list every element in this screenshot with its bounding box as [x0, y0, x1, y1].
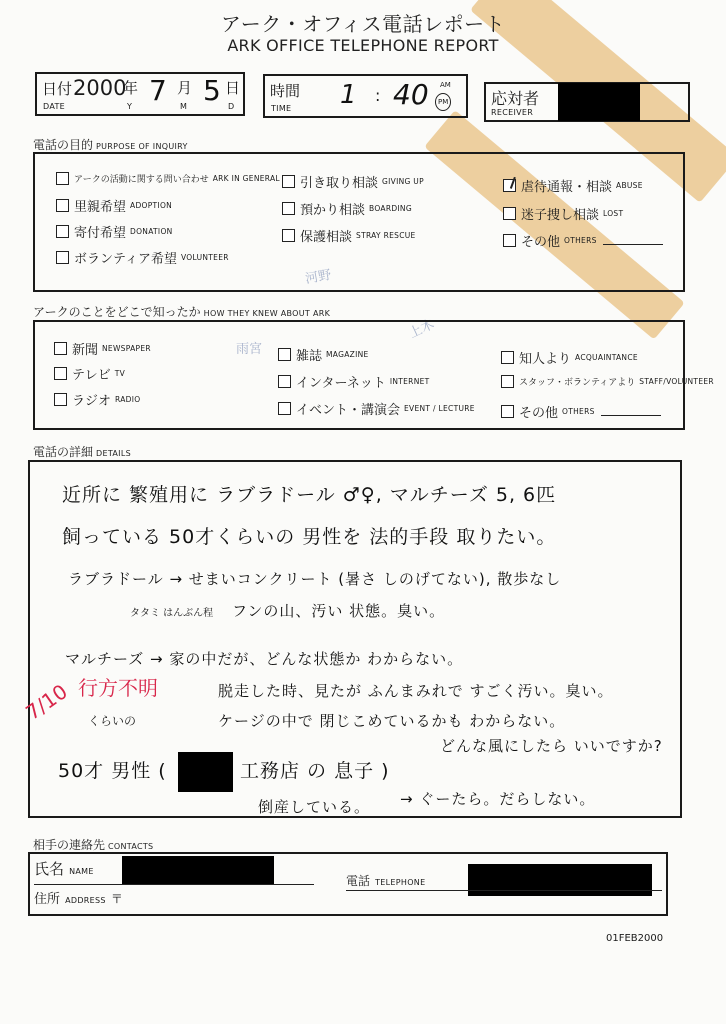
option-label-ja: スタッフ・ボランティアより [519, 375, 635, 388]
checkbox-icon[interactable] [56, 172, 69, 185]
day-suffix: 日 [225, 77, 240, 98]
address-label-en: ADDRESS [65, 896, 106, 905]
checkbox-icon[interactable] [282, 229, 295, 242]
option-label-en: ABUSE [616, 181, 643, 190]
source-option-acquaintance[interactable]: 知人より ACQUAINTANCE [501, 348, 638, 367]
day-label: D [228, 102, 234, 111]
name-underline [34, 884, 314, 885]
option-label-en: ARK IN GENERAL [213, 174, 280, 183]
option-label-en: EVENT / LECTURE [404, 404, 475, 413]
checkbox-icon[interactable] [54, 367, 67, 380]
option-label-ja: 知人より [519, 348, 571, 367]
details-line-4: フンの山、汚い 状態。臭い。 [232, 600, 445, 621]
report-title-en: ARK OFFICE TELEPHONE REPORT [0, 36, 726, 55]
purpose-heading-ja: 電話の目的 [33, 138, 93, 152]
option-label-en: OTHERS [562, 407, 595, 416]
option-label-en: NEWSPAPER [102, 344, 151, 353]
time-minute[interactable]: 40 [393, 78, 429, 111]
checkbox-icon[interactable] [56, 199, 69, 212]
form-code: 01FEB2000 [606, 933, 663, 944]
year-suffix: 年 [123, 77, 138, 98]
receiver-redacted [558, 83, 640, 121]
address-field[interactable]: 住所 ADDRESS 〒 [34, 888, 123, 907]
details-line-7: ケージの中で 閉じこめているかも わからない。 [218, 710, 565, 731]
month-label: M [180, 102, 187, 111]
source-option-tv[interactable]: テレビ TV [54, 364, 125, 383]
option-label-ja: アークの活動に関する問い合わせ [74, 172, 209, 185]
purpose-option-donation[interactable]: 寄付希望 DONATION [56, 222, 173, 241]
details-line-12: → ぐーたら。だらしない。 [400, 788, 595, 809]
telephone-field[interactable]: 電話 TELEPHONE [346, 870, 425, 889]
option-label-en: BOARDING [369, 204, 412, 213]
contacts-heading-en: CONTACTS [108, 842, 153, 851]
source-heading-en: HOW THEY KNEW ABOUT ARK [204, 309, 330, 318]
option-label-ja: 預かり相談 [300, 199, 365, 218]
option-label-en: ADOPTION [130, 201, 172, 210]
checkbox-icon[interactable] [278, 375, 291, 388]
contacts-heading: 相手の連絡先CONTACTS [33, 836, 153, 853]
time-label-en: TIME [271, 104, 291, 113]
source-option-magazine[interactable]: 雑誌 MAGAZINE [278, 345, 369, 364]
option-label-ja: イベント・講演会 [296, 399, 400, 418]
option-label-ja: ラジオ [72, 390, 111, 409]
option-label-ja: ボランティア希望 [74, 248, 177, 267]
option-label-ja: 雑誌 [296, 345, 322, 364]
option-label-en: MAGAZINE [326, 350, 369, 359]
date-box: 日付 DATE 2000 年 Y 7 月 M 5 日 D [35, 72, 245, 116]
option-label-en: VOLUNTEER [181, 253, 229, 262]
time-box: 時間 TIME 1 : 40 AM PM [263, 74, 468, 118]
purpose-option-stray-rescue[interactable]: 保護相談 STRAY RESCUE [282, 226, 416, 245]
receiver-label-ja: 応対者 [491, 86, 539, 109]
details-line-10: 工務店 の 息子 ) [240, 756, 390, 783]
option-label-en: STAFF/VOLUNTEER [639, 377, 714, 386]
date-label-ja: 日付 [42, 78, 72, 99]
date-label-en: DATE [43, 102, 65, 111]
option-label-ja: その他 [521, 231, 560, 250]
source-option-newspaper[interactable]: 新聞 NEWSPAPER [54, 339, 151, 358]
time-separator: : [375, 86, 380, 105]
checkbox-icon[interactable] [278, 348, 291, 361]
purpose-option-others[interactable]: その他 OTHERS [503, 231, 663, 250]
details-heading: 電話の詳細DETAILS [33, 443, 131, 460]
am-label[interactable]: AM [440, 81, 451, 89]
checkbox-icon[interactable] [54, 393, 67, 406]
option-label-ja: 寄付希望 [74, 222, 126, 241]
option-label-en: INTERNET [390, 377, 430, 386]
checkbox-icon[interactable] [56, 251, 69, 264]
source-option-staff[interactable]: スタッフ・ボランティアより STAFF/VOLUNTEER [501, 375, 714, 388]
checkbox-icon[interactable] [56, 225, 69, 238]
details-heading-ja: 電話の詳細 [33, 445, 93, 459]
red-annotation-missing: 行方不明 [78, 672, 158, 701]
checkbox-icon[interactable] [282, 175, 295, 188]
checkbox-icon[interactable] [282, 202, 295, 215]
option-label-ja: 引き取り相談 [300, 172, 378, 191]
option-label-ja: 虐待通報・相談 [521, 176, 612, 195]
name-label-ja: 氏名 [34, 860, 64, 878]
checkbox-icon[interactable] [503, 207, 516, 220]
details-line-1: 近所に 繁殖用に ラブラドール ♂♀, マルチーズ 5, 6匹 [62, 480, 556, 507]
details-heading-en: DETAILS [96, 449, 131, 458]
source-option-internet[interactable]: インターネット INTERNET [278, 372, 430, 391]
purpose-option-general[interactable]: アークの活動に関する問い合わせ ARK IN GENERAL [56, 172, 280, 185]
option-label-en: LOST [603, 209, 623, 218]
details-line-9: 50才 男性 ( [58, 756, 167, 783]
time-label-ja: 時間 [270, 80, 300, 101]
receiver-label-en: RECEIVER [491, 108, 533, 117]
purpose-option-adoption[interactable]: 里親希望 ADOPTION [56, 196, 172, 215]
option-label-en: STRAY RESCUE [356, 231, 416, 240]
purpose-heading-en: PURPOSE OF INQUIRY [96, 142, 188, 151]
others-input-line[interactable] [601, 407, 661, 416]
details-redacted [178, 752, 233, 792]
option-label-ja: 新聞 [72, 339, 98, 358]
phone-label-en: TELEPHONE [375, 878, 425, 887]
others-input-line[interactable] [603, 236, 663, 245]
details-line-8: どんな風にしたら いいですか? [440, 735, 663, 756]
option-label-ja: テレビ [72, 364, 111, 383]
date-day[interactable]: 5 [203, 74, 221, 107]
address-label-ja: 住所 [34, 892, 60, 907]
details-line-3: ラブラドール → せまいコンクリート (暑さ しのげてない), 散歩なし [68, 568, 561, 589]
purpose-heading: 電話の目的PURPOSE OF INQUIRY [33, 136, 188, 153]
option-label-ja: その他 [519, 402, 558, 421]
postal-mark-icon: 〒 [111, 892, 123, 906]
contacts-heading-ja: 相手の連絡先 [33, 838, 105, 852]
option-label-en: RADIO [115, 395, 140, 404]
option-label-en: GIVING UP [382, 177, 424, 186]
phone-label-ja: 電話 [346, 874, 370, 888]
details-line-5: マルチーズ → 家の中だが、どんな状態か わからない。 [65, 648, 463, 669]
details-line-11: 倒産している。 [258, 796, 370, 817]
pm-label-circled[interactable]: PM [435, 93, 451, 111]
purpose-option-volunteer[interactable]: ボランティア希望 VOLUNTEER [56, 248, 229, 267]
details-note-kurai: くらいの [88, 712, 136, 729]
date-month[interactable]: 7 [149, 74, 167, 107]
checkbox-icon[interactable] [503, 234, 516, 247]
checkbox-icon[interactable] [278, 402, 291, 415]
date-year[interactable]: 2000 [73, 76, 126, 100]
phone-redacted [468, 864, 652, 896]
source-option-radio[interactable]: ラジオ RADIO [54, 390, 140, 409]
option-label-en: DONATION [130, 227, 173, 236]
month-suffix: 月 [177, 77, 192, 98]
source-option-others[interactable]: その他 OTHERS [501, 402, 661, 421]
purpose-option-giving-up[interactable]: 引き取り相談 GIVING UP [282, 172, 424, 191]
name-label-en: NAME [69, 867, 94, 876]
option-label-en: ACQUAINTANCE [575, 353, 638, 362]
checkbox-checked-icon[interactable] [503, 179, 516, 192]
details-note-tatami: タタミ はんぶん程 [130, 604, 213, 619]
details-line-2: 飼っている 50才くらいの 男性を 法的手段 取りたい。 [62, 522, 556, 549]
purpose-option-boarding[interactable]: 預かり相談 BOARDING [282, 199, 412, 218]
source-heading-ja: アークのことをどこで知ったか [33, 305, 201, 319]
name-redacted [122, 856, 274, 884]
phone-underline [346, 890, 662, 891]
option-label-ja: 迷子捜し相談 [521, 204, 599, 223]
name-field[interactable]: 氏名 NAME [34, 858, 94, 879]
checkbox-icon[interactable] [501, 405, 514, 418]
option-label-ja: インターネット [296, 372, 386, 391]
year-label: Y [127, 102, 132, 111]
source-option-event[interactable]: イベント・講演会 EVENT / LECTURE [278, 399, 475, 418]
option-label-en: OTHERS [564, 236, 597, 245]
details-line-6: 脱走した時、見たが ふんまみれで すごく汚い。臭い。 [218, 680, 614, 701]
report-title-ja: アーク・オフィス電話レポート [0, 8, 726, 37]
checkbox-icon[interactable] [54, 342, 67, 355]
checkbox-icon[interactable] [501, 375, 514, 388]
time-hour[interactable]: 1 [340, 80, 357, 110]
purpose-option-abuse[interactable]: 虐待通報・相談 ABUSE [503, 176, 643, 195]
option-label-en: TV [115, 369, 125, 378]
checkbox-icon[interactable] [501, 351, 514, 364]
option-label-ja: 里親希望 [74, 196, 126, 215]
receiver-box: 応対者 RECEIVER [484, 82, 690, 122]
purpose-option-lost[interactable]: 迷子捜し相談 LOST [503, 204, 623, 223]
source-heading: アークのことをどこで知ったかHOW THEY KNEW ABOUT ARK [33, 303, 330, 320]
option-label-ja: 保護相談 [300, 226, 352, 245]
